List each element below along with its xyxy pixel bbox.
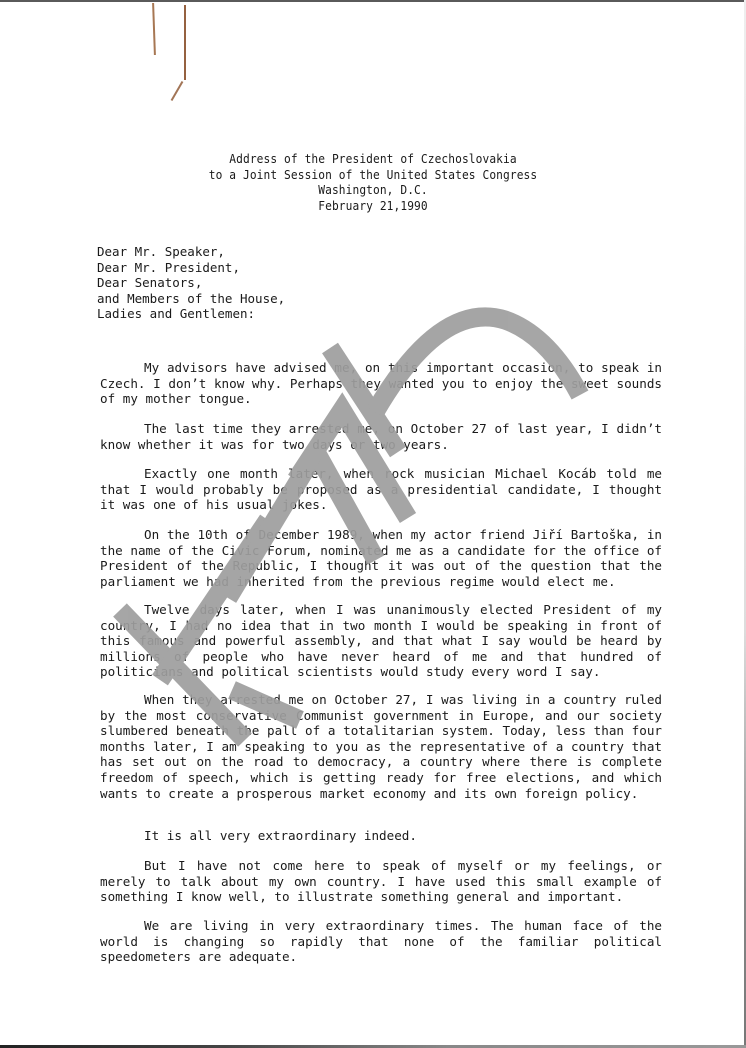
salutation-line: Dear Mr. Speaker, xyxy=(97,244,285,260)
staple-mark xyxy=(171,81,184,101)
header-location: Washington, D.C. xyxy=(30,183,716,199)
paragraph: The last time they arrested me, on Octob… xyxy=(100,421,662,452)
header-subtitle: to a Joint Session of the United States … xyxy=(30,168,716,184)
salutation-line: and Members of the House, xyxy=(97,291,285,307)
staple-mark xyxy=(184,5,186,80)
paragraph: We are living in very extraordinary time… xyxy=(100,918,662,965)
paragraph: But I have not come here to speak of mys… xyxy=(100,858,662,905)
header-title: Address of the President of Czechoslovak… xyxy=(30,152,716,168)
paragraph: It is all very extraordinary indeed. xyxy=(100,828,662,844)
salutation-line: Dear Senators, xyxy=(97,275,285,291)
scan-edge-top xyxy=(0,0,746,2)
salutation-line: Dear Mr. President, xyxy=(97,260,285,276)
paragraph: My advisors have advised me, on this imp… xyxy=(100,360,662,407)
paragraph: On the 10th of December 1989, when my ac… xyxy=(100,527,662,589)
salutation-line: Ladies and Gentlemen: xyxy=(97,306,285,322)
document-header: Address of the President of Czechoslovak… xyxy=(30,152,716,214)
paragraph: Twelve days later, when I was unanimousl… xyxy=(100,602,662,680)
salutation-block: Dear Mr. Speaker, Dear Mr. President, De… xyxy=(97,244,285,322)
paragraph: Exactly one month later, when rock music… xyxy=(100,466,662,513)
paragraph: When they arrested me on October 27, I w… xyxy=(100,692,662,801)
header-date: February 21,1990 xyxy=(30,199,716,215)
staple-mark xyxy=(152,3,156,55)
